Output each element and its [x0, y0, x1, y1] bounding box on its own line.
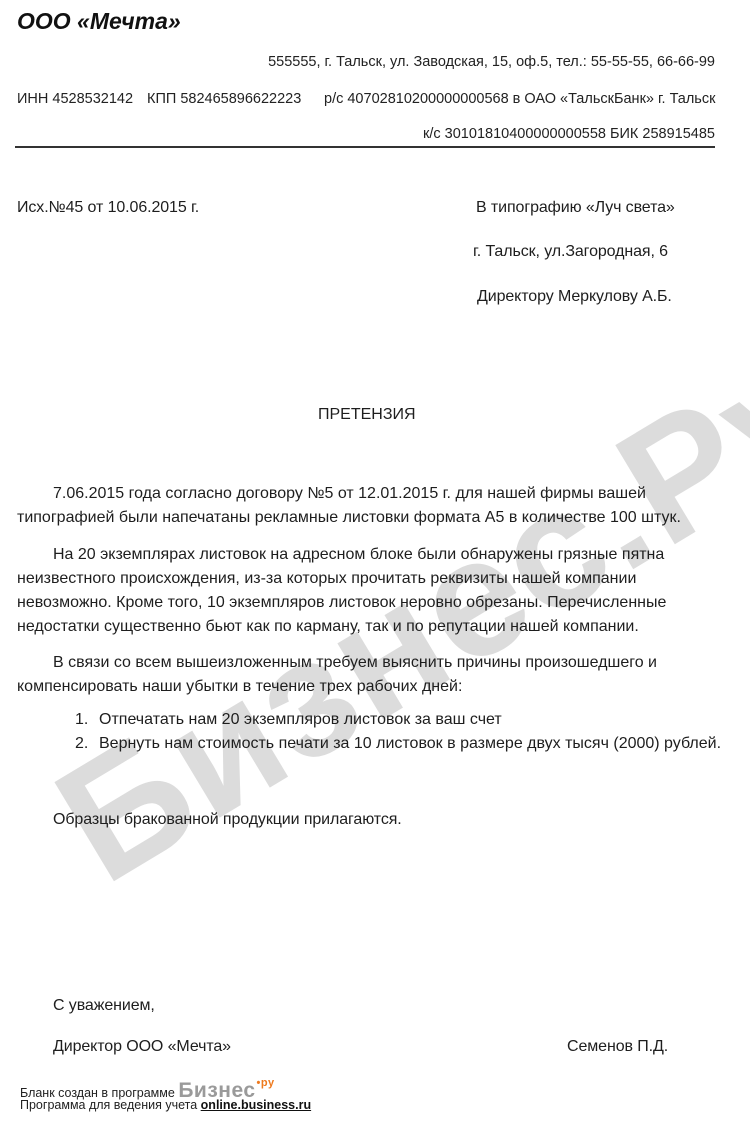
logo-suffix: •ру	[257, 1077, 275, 1089]
recipient-person: Директору Меркулову А.Б.	[477, 288, 672, 306]
footer-program-line: Программа для ведения учета online.busin…	[20, 1098, 311, 1112]
closing-phrase: С уважением,	[53, 997, 155, 1015]
company-address: 555555, г. Тальск, ул. Заводская, 15, оф…	[268, 54, 715, 70]
signer-name: Семенов П.Д.	[567, 1038, 668, 1056]
paragraph-2: На 20 экземплярах листовок на адресном б…	[17, 543, 717, 639]
demand-item-1: 1.Отпечатать нам 20 экземпляров листовок…	[75, 711, 502, 729]
company-kpp: КПП 582465896622223	[147, 91, 301, 107]
footer-program-text: Программа для ведения учета	[20, 1098, 197, 1112]
attachment-note: Образцы бракованной продукции прилагаютс…	[53, 811, 402, 829]
document-title: ПРЕТЕНЗИЯ	[318, 406, 416, 424]
recipient-address: г. Тальск, ул.Загородная, 6	[473, 243, 668, 261]
signer-position: Директор ООО «Мечта»	[53, 1038, 231, 1056]
paragraph-3: В связи со всем вышеизложенным требуем в…	[17, 651, 717, 699]
demand-text: Вернуть нам стоимость печати за 10 листо…	[99, 735, 721, 752]
paragraph-1-text: 7.06.2015 года согласно договору №5 от 1…	[17, 485, 681, 526]
paragraph-1: 7.06.2015 года согласно договору №5 от 1…	[17, 482, 717, 530]
demand-item-2: 2.Вернуть нам стоимость печати за 10 лис…	[75, 735, 721, 753]
outgoing-reference: Исх.№45 от 10.06.2015 г.	[17, 199, 199, 217]
demand-number: 2.	[75, 735, 99, 753]
demand-number: 1.	[75, 711, 99, 729]
company-inn: ИНН 4528532142	[17, 91, 133, 107]
paragraph-3-text: В связи со всем вышеизложенным требуем в…	[17, 654, 657, 695]
letterhead-divider	[15, 146, 715, 148]
online-business-link[interactable]: online.business.ru	[201, 1098, 311, 1112]
company-bank-account: р/с 40702810200000000568 в ОАО «ТальскБа…	[324, 91, 715, 107]
company-name: ООО «Мечта»	[17, 8, 181, 35]
recipient-org: В типографию «Луч света»	[476, 199, 675, 217]
paragraph-2-text: На 20 экземплярах листовок на адресном б…	[17, 546, 666, 635]
company-corr-account: к/с 30101810400000000558 БИК 258915485	[423, 126, 715, 142]
demand-text: Отпечатать нам 20 экземпляров листовок з…	[99, 711, 502, 728]
